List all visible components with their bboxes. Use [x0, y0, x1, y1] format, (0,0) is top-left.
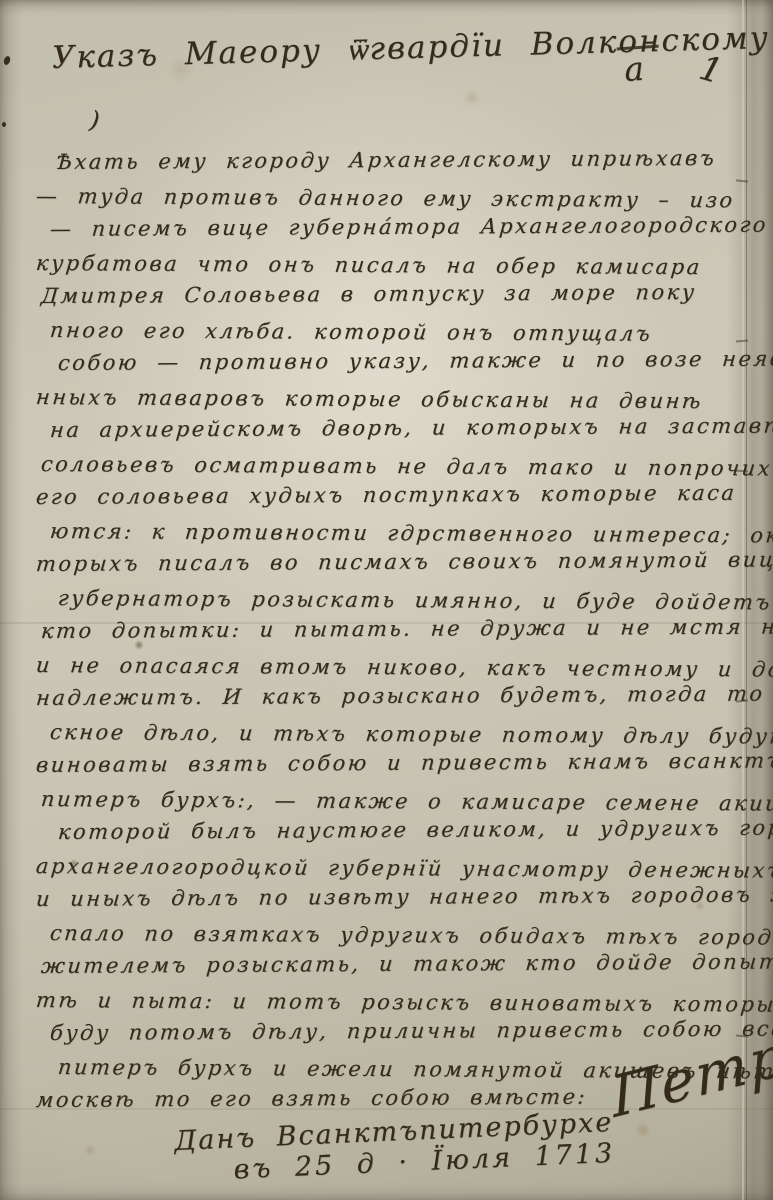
opening-mark: ) [88, 105, 101, 134]
document-title: Указъ Маеору ѿгвардїи Волконскому = [51, 18, 773, 76]
manuscript-line: на архиерейскомъ дворѣ, и которыхъ на за… [49, 410, 768, 448]
manuscript-line: Дмитрея Соловьева в отпуску за море поку [40, 276, 768, 314]
manuscript-line: торыхъ писалъ во писмахъ своихъ помянуто… [35, 544, 768, 582]
manuscript-line: и иныхъ дѣлъ по извѣту нанего тѣхъ город… [35, 879, 768, 917]
manuscript-line: жителемъ розыскать, и також кто дойде до… [40, 946, 768, 984]
manuscript-line: кто допытки: и пытать. не дружа и не мст… [40, 611, 768, 649]
manuscript-line: виноваты взять собою и привесть кнамъ вс… [35, 745, 768, 783]
manuscript-line: — писемъ вице губерна́тора Архангелогоро… [49, 209, 768, 247]
manuscript-line: собою — противно указу, также и по возе … [57, 343, 768, 381]
ink-speck [2, 122, 6, 127]
manuscript-page: а 1 Указъ Маеору ѿгвардїи Волконскому = … [0, 0, 773, 1200]
manuscript-line: надлежитъ. И какъ розыскано будетъ, тогд… [35, 678, 768, 716]
dateline: Данъ Всанктъпитербурхе въ 25 д · Їюля 17… [174, 1107, 616, 1188]
document-body: Ѣхать ему кгороду Архангелскому иприѣхав… [36, 146, 766, 1118]
ink-speck [3, 55, 12, 66]
manuscript-line: Ѣхать ему кгороду Архангелскому иприѣхав… [55, 142, 768, 180]
manuscript-line: его соловьева худыхъ поступкахъ которые … [35, 477, 768, 515]
manuscript-line: которой былъ наустюге великом, и удругих… [57, 812, 768, 850]
manuscript-line: буду потомъ дѣлу, приличны привесть собо… [49, 1013, 768, 1051]
